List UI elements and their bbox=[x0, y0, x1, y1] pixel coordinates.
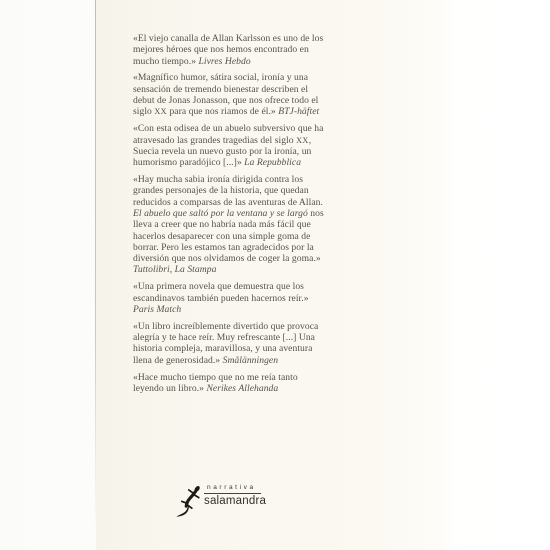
book-title: El abuelo que saltó por la ventana y se … bbox=[133, 208, 308, 219]
press-source: La Repubblica bbox=[244, 157, 301, 168]
publisher-wordmark: narrativa salamandra bbox=[204, 484, 266, 507]
quote-text: «Hay mucha sabia ironía dirigida contra … bbox=[133, 174, 323, 208]
quote-text: «Con esta odisea de un abuelo subversivo… bbox=[133, 123, 323, 145]
publisher-name: salamandra bbox=[204, 495, 266, 507]
page: «El viejo canalla de Allan Karlsson es u… bbox=[96, 0, 456, 550]
publisher-logo: narrativa salamandra bbox=[176, 484, 266, 517]
quote-text: «Una primera novela que demuestra que lo… bbox=[133, 281, 309, 303]
quote-text: para que nos riamos de él.» bbox=[167, 106, 278, 117]
spine-fold-line bbox=[95, 0, 96, 550]
press-source: BTJ-häftet bbox=[278, 106, 319, 117]
press-source: Paris Match bbox=[133, 304, 181, 315]
quote-text: XX bbox=[296, 136, 309, 145]
review-quote: «Con esta odisea de un abuelo subversivo… bbox=[133, 123, 324, 168]
review-quote: «Magnífico humor, sátira social, ironía … bbox=[133, 72, 324, 117]
press-source: Smålänningen bbox=[223, 355, 279, 366]
quote-text: XX bbox=[154, 107, 167, 116]
review-quote: «Hay mucha sabia ironía dirigida contra … bbox=[133, 174, 324, 276]
imprint-name: narrativa bbox=[204, 484, 266, 491]
review-quote: «El viejo canalla de Allan Karlsson es u… bbox=[133, 33, 324, 67]
imprint-rule bbox=[204, 493, 261, 494]
review-quote: «Un libro increíblemente divertido que p… bbox=[133, 321, 324, 366]
book-back-cover: «El viejo canalla de Allan Karlsson es u… bbox=[0, 0, 550, 550]
press-source: Livres Hebdo bbox=[199, 56, 251, 67]
review-quote: «Una primera novela que demuestra que lo… bbox=[133, 281, 324, 315]
press-source: Tuttolibri, La Stampa bbox=[133, 264, 216, 275]
salamander-icon bbox=[176, 484, 202, 517]
review-quotes: «El viejo canalla de Allan Karlsson es u… bbox=[133, 33, 324, 400]
review-quote: «Hace mucho tiempo que no me reía tanto … bbox=[133, 372, 324, 395]
press-source: Nerikes Allehanda bbox=[206, 383, 278, 394]
